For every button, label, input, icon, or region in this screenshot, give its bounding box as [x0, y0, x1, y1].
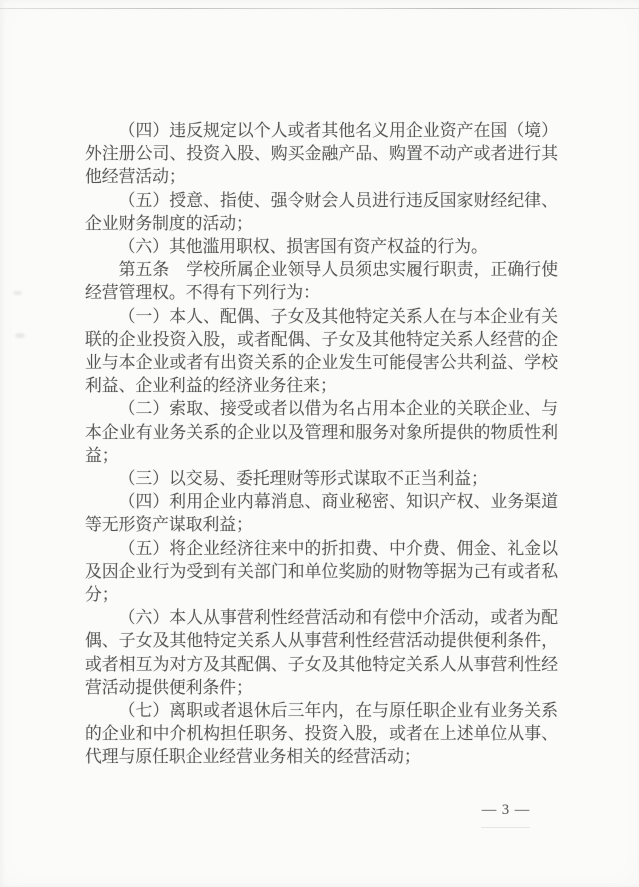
- clause-v-paragraph: （五）授意、指使、强令财会人员进行违反国家财经纪律、企业财务制度的活动；: [85, 189, 558, 235]
- scan-artifact-line: [0, 8, 639, 9]
- scanned-page: （四）违反规定以个人或者其他名义用企业资产在国（境）外注册公司、投资入股、购买金…: [0, 0, 639, 887]
- clause-vi-paragraph: （六）其他滥用职权、损害国有资产权益的行为。: [85, 235, 558, 258]
- article5-item-1-paragraph: （一）本人、配偶、子女及其他特定关系人在与本企业有关联的企业投资入股，或者配偶、…: [85, 305, 558, 398]
- article-5-paragraph: 第五条 学校所属企业领导人员须忠实履行职责，正确行使经营管理权。不得有下列行为：: [85, 258, 558, 304]
- article5-item-4-paragraph: （四）利用企业内幕消息、商业秘密、知识产权、业务渠道等无形资产谋取利益；: [85, 490, 558, 536]
- scan-ghost-line: [481, 827, 530, 828]
- document-body: （四）违反规定以个人或者其他名义用企业资产在国（境）外注册公司、投资入股、购买金…: [85, 119, 558, 769]
- page-number: — 3 —: [475, 802, 537, 819]
- article5-item-5-paragraph: （五）将企业经济往来中的折扣费、中介费、佣金、礼金以及因企业行为受到有关部门和单…: [85, 537, 558, 607]
- scan-smudge: [15, 333, 25, 338]
- article5-item-6-paragraph: （六）本人从事营利性经营活动和有偿中介活动，或者为配偶、子女及其他特定关系人从事…: [85, 606, 558, 699]
- scan-smudge: [13, 291, 22, 295]
- article5-item-3-paragraph: （三）以交易、委托理财等形式谋取不正当利益；: [85, 467, 558, 490]
- article5-item-7-paragraph: （七）离职或者退休后三年内，在与原任职企业有业务关系的企业和中介机构担任职务、投…: [85, 699, 558, 769]
- article5-item-2-paragraph: （二）索取、接受或者以借为名占用本企业的关联企业、与本企业有业务关系的企业以及管…: [85, 397, 558, 467]
- clause-iv-paragraph: （四）违反规定以个人或者其他名义用企业资产在国（境）外注册公司、投资入股、购买金…: [85, 119, 558, 189]
